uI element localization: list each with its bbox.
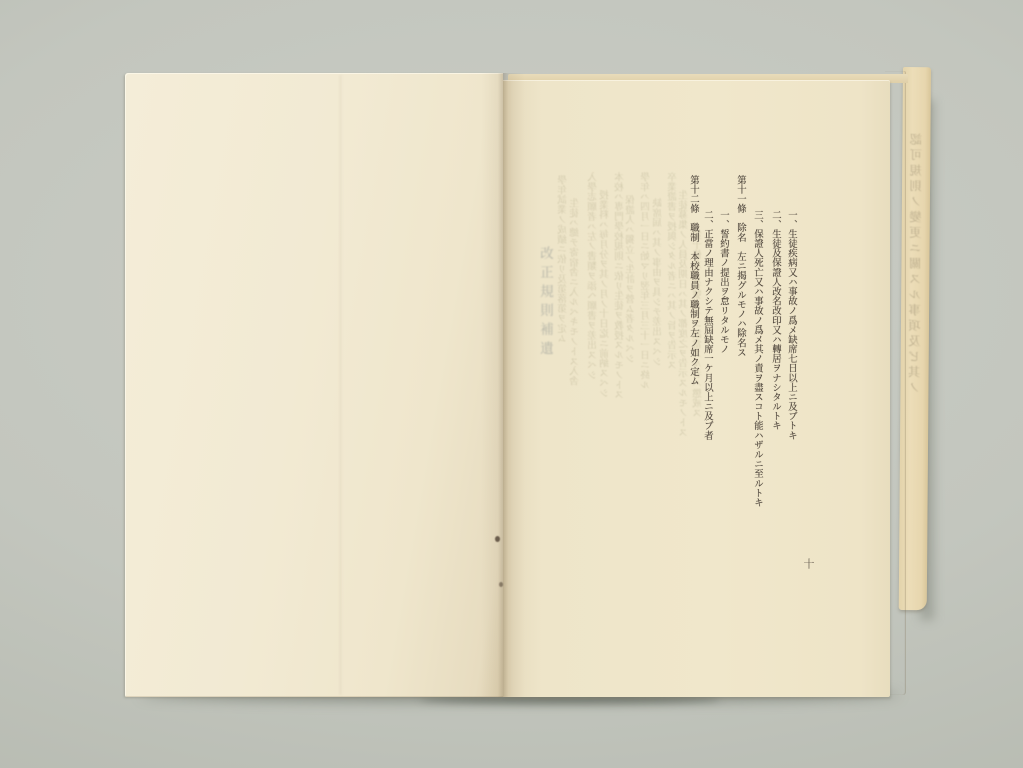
left-page-crease: [339, 75, 343, 695]
photo-open-book: { "colors": { "background_gray": "#c3c6b…: [0, 0, 1023, 768]
article-item-pledge-neglect: 一、誓約書ノ提出ヲ怠リタルモノ: [717, 210, 729, 354]
showthrough-column: 本校ハ專門學校規則ニ依リ生徒ヲ教授スルモノトス: [615, 172, 627, 400]
showthrough-column: 生徒ハ總テ寄宿舎ニ入ルベキモノトス入舎: [570, 198, 582, 386]
article-item-sick-absence: 一、生徒疾病又ハ事故ノ爲メ缺席七日以上ニ及ブトキ: [785, 210, 797, 440]
article-item-unexcused-absence: 二、正當ノ理由ナクシテ無屆缺席一ケ月以上ニ及ブ者: [701, 210, 713, 440]
showthrough-column: 卒業證書ヲ授與シタル者ニハ其ノ旨ヲ告示ス: [668, 172, 680, 370]
binding-hole-lower: [499, 582, 503, 587]
showthrough-column: 保證人ハ獨立ノ生計ヲ營ム者タルベシ: [626, 195, 638, 363]
showthrough-column: 學年試業ノ成績ニ依リ及第落第ヲ定ム: [558, 175, 570, 343]
article-item-name-change: 二、生徒及保證人改名改印又ハ轉居ヲナシタルトキ: [769, 210, 781, 431]
showthrough-strong-column: 改正規則補遺: [537, 246, 552, 360]
showthrough-column: 入學志願者ハ左ノ書類ヲ添ヘ願書ヲ差出スベシ: [588, 172, 600, 380]
binding-hole-upper: [495, 536, 500, 542]
right-page: 改正規則補遺 學年試業ノ成績ニ依リ及第落第ヲ定ム 生徒ハ總テ寄宿舎ニ入ルベキモノ…: [503, 80, 890, 697]
showthrough-column: 缺席屆ハ其ノ事由ヲ具シテ差出スベシ: [653, 198, 665, 366]
showthrough-column: 學年ハ四月一日ニ始マリ翌年三月三十一日ニ終ル: [641, 172, 653, 390]
article-12-heading-staff: 第十二條 職制 本校職員ノ職制ヲ左ノ如ク定ム: [687, 175, 699, 386]
showthrough-column: 授業料ハ毎月分ヲ其ノ月ノ十日迄ニ前納スベシ: [600, 190, 612, 398]
article-11-heading-expulsion: 第十一條 除名 左ニ揭グルモノハ除名ス: [734, 175, 746, 357]
showthrough-fore-edge-text: 認可規則ノ變更ニ關スル事項及ビ其ノ: [907, 133, 923, 397]
page-number: 十: [800, 558, 816, 569]
article-item-guarantor-death: 三、保證人死亡又ハ事故ノ爲メ其ノ責ヲ盡スコト能ハザルニ至ルトキ: [751, 210, 763, 507]
left-page-blank: [125, 73, 503, 697]
